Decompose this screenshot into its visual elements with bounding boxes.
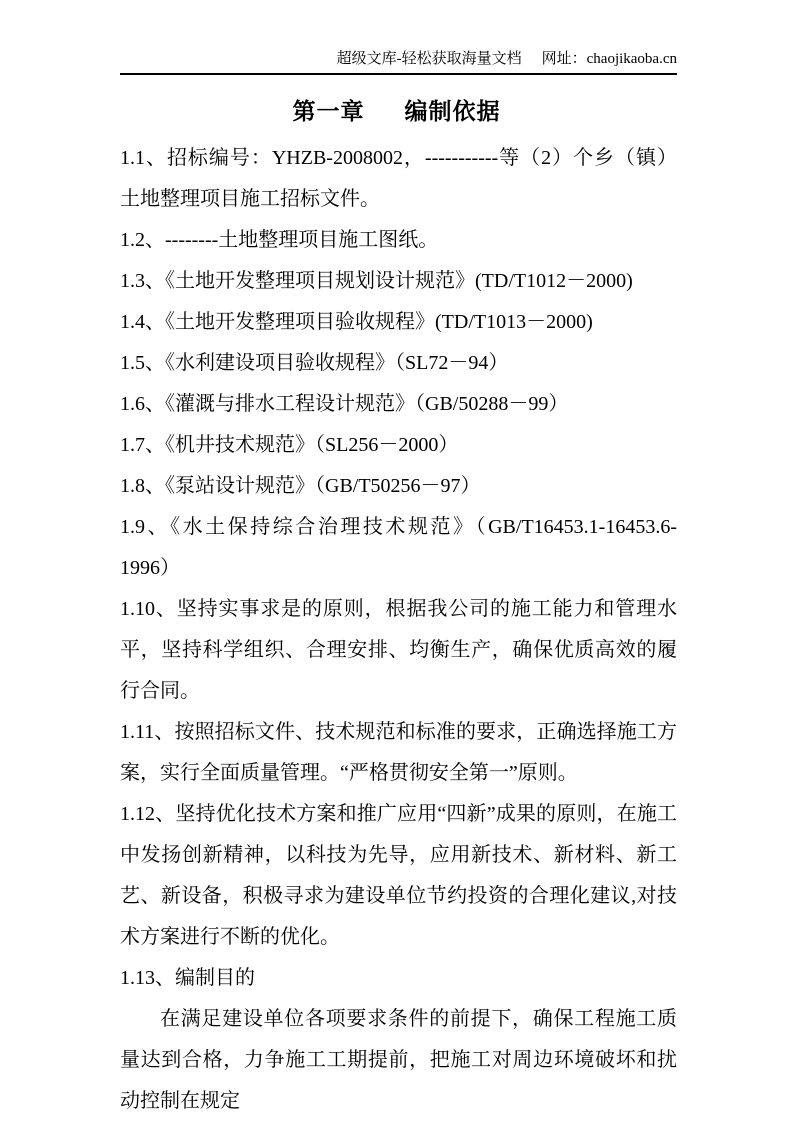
body-paragraph: 1.13、编制目的 xyxy=(120,958,677,999)
document-page: 超级文库-轻松获取海量文档网址：chaojikaoba.cn 第一章编制依据 1… xyxy=(0,0,793,1122)
body-paragraph: 1.4、《土地开发整理项目验收规程》(TD/T1013－2000) xyxy=(120,302,677,343)
body-paragraph-indented: 在满足建设单位各项要求条件的前提下，确保工程施工质量达到合格，力争施工工期提前，… xyxy=(120,999,677,1122)
body-paragraph: 1.12、坚持优化技术方案和推广应用“四新”成果的原则，在施工中发扬创新精神，以… xyxy=(120,794,677,958)
header-site-text: 超级文库-轻松获取海量文档 xyxy=(337,51,522,67)
page-header: 超级文库-轻松获取海量文档网址：chaojikaoba.cn xyxy=(120,50,677,75)
header-url-text: 网址：chaojikaoba.cn xyxy=(542,51,677,67)
body-paragraph: 1.11、按照招标文件、技术规范和标准的要求，正确选择施工方案，实行全面质量管理… xyxy=(120,712,677,794)
body-paragraph: 1.6、《灌溉与排水工程设计规范》（GB/50288－99） xyxy=(120,384,677,425)
chapter-title: 第一章编制依据 xyxy=(0,95,793,129)
body-paragraph: 1.5、《水利建设项目验收规程》（SL72－94） xyxy=(120,343,677,384)
body-paragraph: 1.2、--------土地整理项目施工图纸。 xyxy=(120,220,677,261)
chapter-name: 编制依据 xyxy=(405,99,501,124)
body-paragraph: 1.7、《机井技术规范》（SL256－2000） xyxy=(120,425,677,466)
body-paragraph: 1.10、坚持实事求是的原则，根据我公司的施工能力和管理水平，坚持科学组织、合理… xyxy=(120,589,677,712)
body-paragraph: 1.3、《土地开发整理项目规划设计规范》(TD/T1012－2000) xyxy=(120,261,677,302)
body-paragraph: 1.9、《水土保持综合治理技术规范》（GB/T16453.1-16453.6-1… xyxy=(120,507,677,589)
chapter-number: 第一章 xyxy=(293,99,365,124)
body-paragraph: 1.8、《泵站设计规范》（GB/T50256－97） xyxy=(120,466,677,507)
body-paragraph: 1.1、招标编号：YHZB-2008002，-----------等（2）个乡（… xyxy=(120,138,677,220)
document-body: 1.1、招标编号：YHZB-2008002，-----------等（2）个乡（… xyxy=(120,138,677,1122)
